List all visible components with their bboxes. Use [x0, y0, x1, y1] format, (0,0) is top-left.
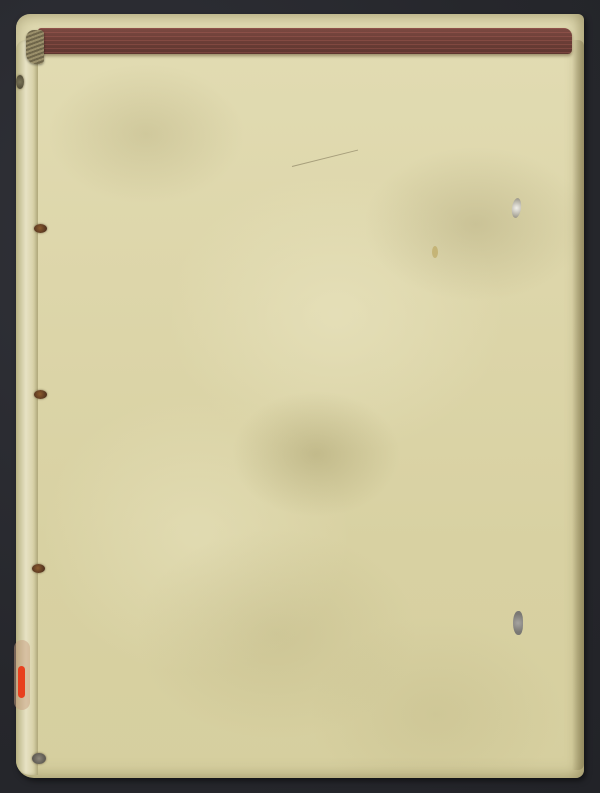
wear-mark-lower-right: [513, 611, 523, 635]
lacing-hole-2: [34, 390, 47, 399]
red-tab-marker: [18, 666, 25, 698]
head-edge-red: [38, 28, 572, 54]
lacing-hole-4: [32, 753, 46, 764]
lacing-hole-3: [32, 564, 45, 573]
stain-mark: [432, 246, 438, 258]
fore-edge-shadow: [572, 40, 584, 770]
lacing-hole-top: [16, 75, 24, 89]
lacing-hole-1: [34, 224, 47, 233]
endband: [26, 30, 44, 64]
vellum-cover: [16, 14, 584, 778]
